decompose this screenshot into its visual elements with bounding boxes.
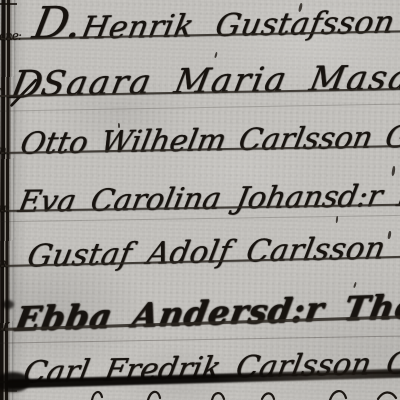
register-row: ene: D. Henrik Gustafsson W — [0, 0, 400, 40]
partial-next-row-strokes — [0, 386, 400, 400]
entry-name: Gustaf Adolf Carlsson Gr — [24, 230, 400, 275]
margin-note: ″ — [0, 86, 3, 100]
entry-name: Otto Wilhelm Carlsson Gro — [17, 119, 400, 161]
register-row: u: Eva Carolina Johansd:r M — [0, 159, 400, 212]
register-page-scan: ene: D. Henrik Gustafsson W ″ D Saara Ma… — [0, 0, 400, 400]
register-row: u″ Ebba Andersd:r Tho — [0, 271, 400, 331]
register-row: ″ D Saara Maria Masal — [0, 43, 400, 97]
margin-note: n. — [0, 143, 9, 157]
margin-note: n — [0, 256, 6, 270]
ink-speck — [118, 123, 120, 128]
entry-name: Saara Maria Masal — [38, 58, 400, 105]
entry-prefix: D. — [29, 0, 87, 49]
register-row: n. Otto Wilhelm Carlsson Gro — [0, 100, 400, 154]
ink-blot — [2, 300, 14, 309]
margin-note: ene: — [0, 29, 21, 43]
margin-note: u: — [0, 201, 9, 215]
margin-note: u″ — [0, 320, 9, 334]
register-row: n Gustaf Adolf Carlsson Gr — [0, 211, 400, 267]
entry-name: Henrik Gustafsson W — [78, 3, 400, 46]
